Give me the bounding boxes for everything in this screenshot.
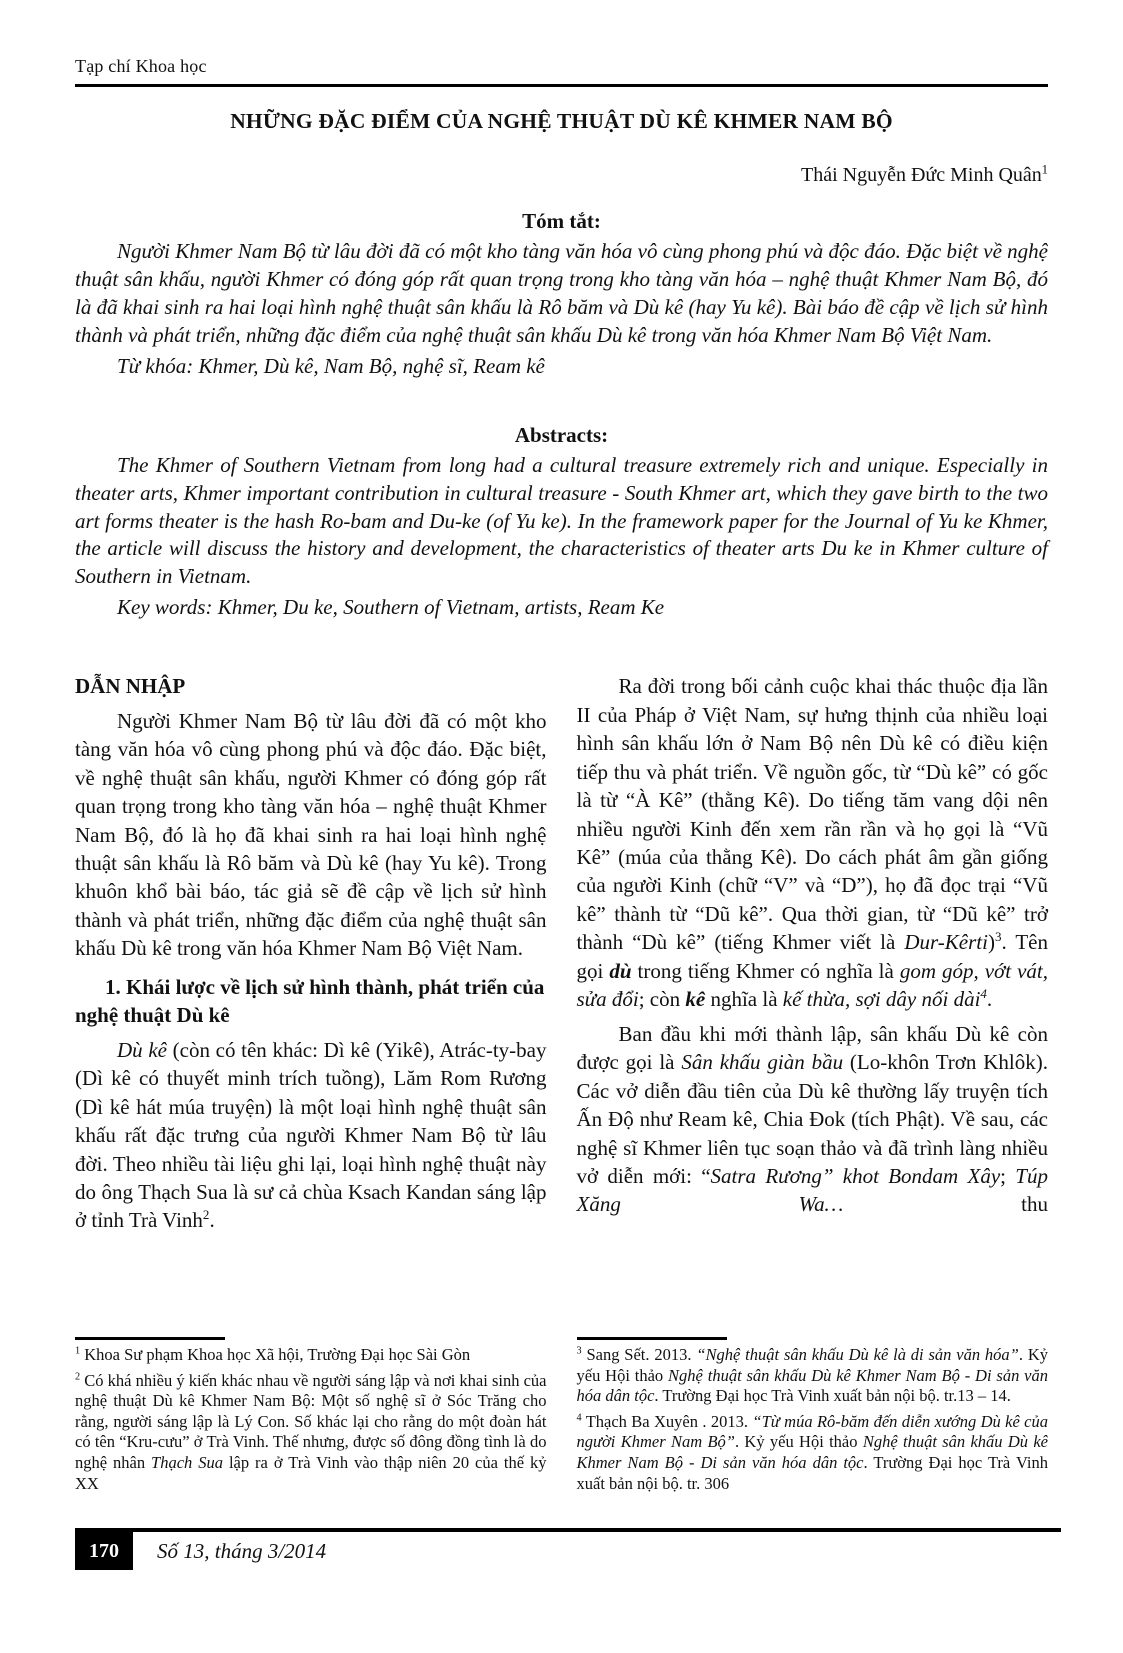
subsection-heading-1: 1. Khái lược về lịch sử hình thành, phát… [75, 973, 547, 1030]
page-footer: 170 Số 13, tháng 3/2014 [75, 1528, 1061, 1570]
document-page: Tạp chí Khoa học NHỮNG ĐẶC ĐIỂM CỦA NGHỆ… [0, 0, 1123, 1653]
footnote-3: 3 Sang Sết. 2013. “Nghệ thuật sân khấu D… [577, 1345, 1049, 1407]
journal-name: Tạp chí Khoa học [75, 56, 1048, 77]
page-number-box: 170 [75, 1532, 133, 1570]
abstract-en-heading: Abstracts: [75, 423, 1048, 448]
issue-info: Số 13, tháng 3/2014 [157, 1539, 326, 1564]
intro-paragraph: Người Khmer Nam Bộ từ lâu đời đã có một … [75, 707, 547, 963]
right-footnote-block: 3 Sang Sết. 2013. “Nghệ thuật sân khấu D… [577, 1321, 1049, 1494]
left-column: DẪN NHẬP Người Khmer Nam Bộ từ lâu đời đ… [75, 672, 547, 1494]
header-rule [75, 84, 1048, 87]
footnote-1: 1 Khoa Sư phạm Khoa học Xã hội, Trường Đ… [75, 1345, 547, 1366]
footnote-2: 2 Có khá nhiều ý kiến khác nhau về người… [75, 1371, 547, 1495]
right-paragraph-1: Ra đời trong bối cảnh cuộc khai thác thu… [577, 672, 1049, 1013]
abstract-en-keywords: Key words: Khmer, Du ke, Southern of Vie… [75, 595, 1048, 620]
two-column-section: DẪN NHẬP Người Khmer Nam Bộ từ lâu đời đ… [75, 672, 1048, 1494]
section-heading-dan-nhap: DẪN NHẬP [75, 672, 547, 700]
right-paragraph-2: Ban đầu khi mới thành lập, sân khấu Dù k… [577, 1020, 1049, 1219]
abstract-vi-heading: Tóm tắt: [75, 209, 1048, 234]
right-column: Ra đời trong bối cảnh cuộc khai thác thu… [577, 672, 1049, 1494]
abstract-en-body: The Khmer of Southern Vietnam from long … [75, 452, 1048, 592]
footnote-separator-left [75, 1337, 225, 1340]
abstract-vi-keywords: Từ khóa: Khmer, Dù kê, Nam Bộ, nghệ sĩ, … [75, 354, 1048, 379]
left-paragraph-2: Dù kê (còn có tên khác: Dì kê (Yikê), At… [75, 1036, 547, 1235]
left-footnote-block: 1 Khoa Sư phạm Khoa học Xã hội, Trường Đ… [75, 1321, 547, 1494]
abstract-vi-body: Người Khmer Nam Bộ từ lâu đời đã có một … [75, 238, 1048, 350]
footnote-4: 4 Thạch Ba Xuyên . 2013. “Từ múa Rô-băm … [577, 1412, 1049, 1495]
author-line: Thái Nguyễn Đức Minh Quân1 [75, 164, 1048, 187]
page-number: 170 [89, 1540, 119, 1563]
article-title: NHỮNG ĐẶC ĐIỂM CỦA NGHỆ THUẬT DÙ KÊ KHME… [75, 109, 1048, 134]
footer-row: 170 Số 13, tháng 3/2014 [75, 1532, 1061, 1570]
footnote-separator-right [577, 1337, 727, 1340]
page-content: Tạp chí Khoa học NHỮNG ĐẶC ĐIỂM CỦA NGHỆ… [0, 0, 1123, 1494]
